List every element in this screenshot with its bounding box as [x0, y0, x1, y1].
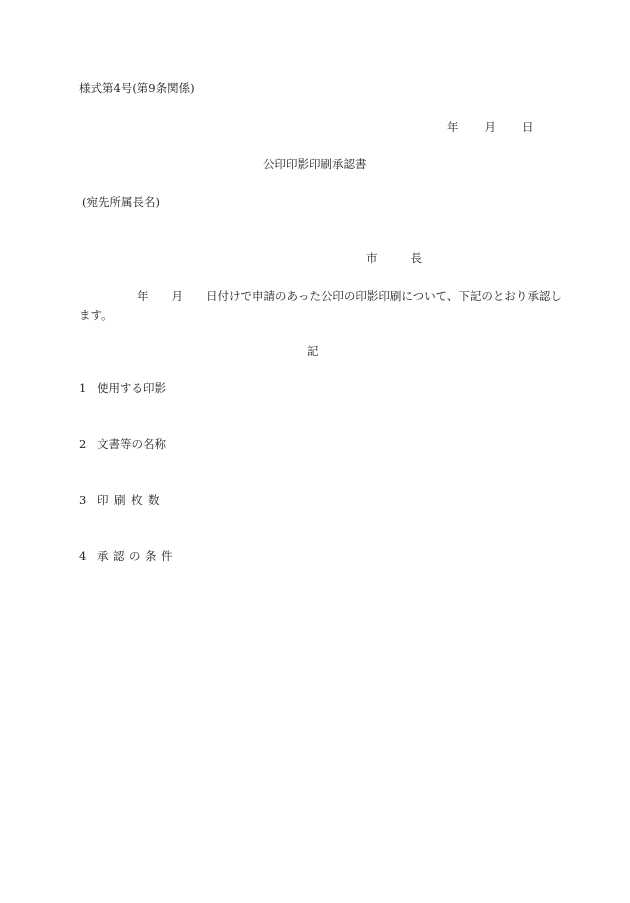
date-line: 年月日 [447, 119, 534, 135]
list-item: 3印刷枚数 [79, 492, 165, 508]
list-item: 1使用する印影 [79, 380, 166, 396]
item-label: 承認の条件 [97, 549, 177, 563]
list-item: 2文書等の名称 [79, 436, 166, 452]
issuer: 市長 [366, 250, 422, 266]
item-number: 1 [79, 381, 97, 395]
form-number: 様式第4号(第9条関係) [79, 80, 195, 96]
item-label: 文書等の名称 [97, 437, 166, 451]
date-month-label: 月 [485, 119, 497, 135]
item-number: 2 [79, 437, 97, 451]
body-year-label: 年 [137, 289, 149, 303]
item-label: 使用する印影 [97, 381, 166, 395]
date-year-label: 年 [447, 119, 459, 135]
issuer-head: 長 [411, 251, 423, 265]
item-label: 印刷枚数 [97, 493, 165, 507]
ki-heading: 記 [307, 343, 319, 359]
list-item: 4承認の条件 [79, 548, 177, 564]
body-month-label: 月 [172, 289, 184, 303]
item-number: 4 [79, 549, 97, 563]
date-day-label: 日 [522, 119, 534, 135]
document-title: 公印印影印刷承認書 [263, 156, 367, 172]
body-text-rest: 日付けで申請のあった公印の印影印刷について、下記のとおり承認します。 [79, 289, 562, 322]
issuer-city: 市 [366, 251, 378, 265]
body-text: 年月日付けで申請のあった公印の印影印刷について、下記のとおり承認します。 [79, 287, 573, 325]
addressee: (宛先所属長名) [82, 194, 160, 210]
item-number: 3 [79, 493, 97, 507]
